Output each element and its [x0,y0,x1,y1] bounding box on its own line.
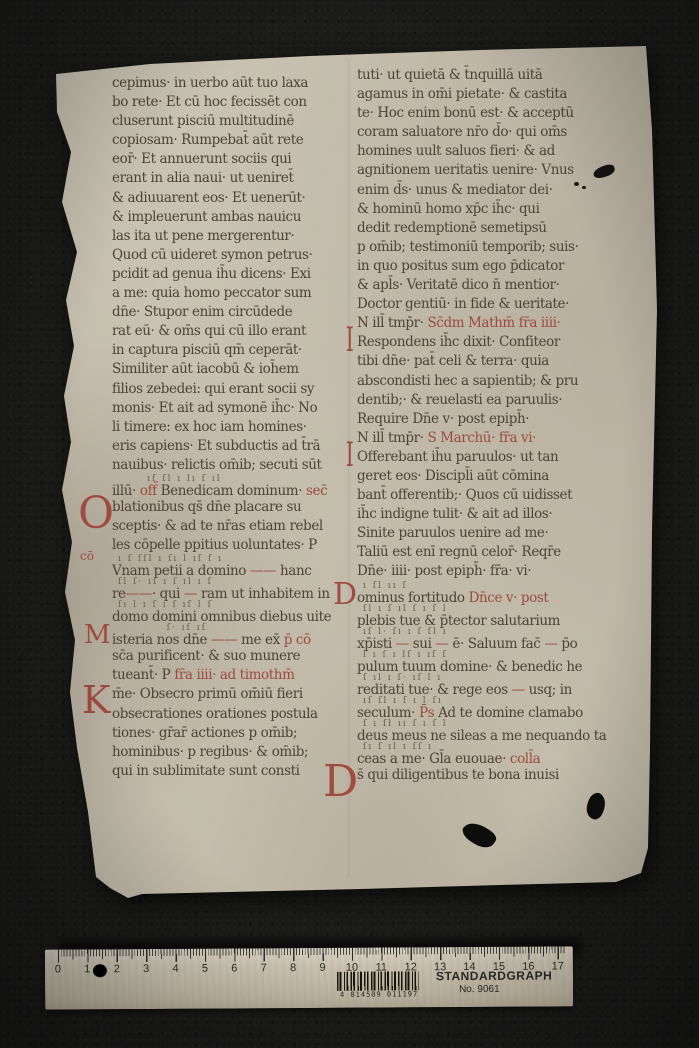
line-text: Require Dn̄e v· post epiph̄· [357,410,597,427]
text-segment: geret eos· Discipl̄i aūt cōmina [357,468,549,484]
manuscript-line: N ill̄ tmp̄r· S Marchū· fr̄a vi· [357,429,597,448]
text-segment: blationibus qs̄ dn̄e placare su [112,499,301,515]
manuscript-line: monis· Et ait ad symonē ih̄c· No [112,399,352,418]
manuscript-line: l ı ſ ı lſ ı ıſ ſpulum tuum domine· & be… [357,651,597,674]
line-text: cepimus· in uerbo aūt tuo laxa [112,74,352,91]
line-text: Quod cū uideret symon petrus· [112,246,352,263]
line-text: bant̄ offerentib;· Quos cū uidisset [357,486,597,503]
manuscript-line: ſ ıl ı ſ· ıſ l ıreditati tue· & rege eos… [357,674,597,697]
text-segment: dentib;· & reuelasti ea paruulis· [357,392,562,408]
neume-row: ſı ſ ıl ı ſſ ı [363,743,433,751]
text-segment: copiosam· Rumpebat̄ aūt rete [112,132,303,148]
text-segment: dn̄e· Stupor enim circūdede [112,304,292,320]
ruler-number: 2 [114,963,120,975]
manuscript-line: Sinite paruulos uenire ad me· [357,524,597,543]
line-text: tiones· gr̄ar̄ actiones p om̄ib; [112,724,352,741]
text-segment: les cōpelle ppitius uoluntates· P [112,537,317,553]
text-segment: coll̄a [510,751,540,767]
manuscript-line: ſı ſ ıl ı ſſ ıceas a me· Gl̄a euouae· co… [357,743,597,766]
line-text: eris capiens· Et subductis ad t̄rā [112,437,352,454]
line-text: homines uult saluos fieri· & ad [357,142,597,159]
text-segment: Ad te domine clamabo [438,705,583,721]
line-text: N ill̄ tmp̄r· S Marchū· fr̄a vi· [357,429,597,446]
line-text: s̄ qui diligentibus te bona inuisi [357,766,597,783]
text-segment: filios zebedei: qui erant socii sy [112,381,314,397]
line-text: les cōpelle ppitius uoluntates· P [112,536,352,553]
manuscript-line: les cōpelle ppitius uoluntates· P [112,536,352,555]
manuscript-line: ſl ſ· ıſ ı ſ ıl ı ſre——· qui — ram ut in… [112,578,352,601]
manuscript-line: eor̄· Et annuerunt sociis qui [112,150,352,169]
text-segment: Offerebant ih̄u paruulos· ut tan [357,449,558,465]
ruler-number: 9 [319,962,325,974]
manuscript-line: ı ſ ſſl ı ſı l ıſ ſ ıVnam petii a domino… [112,555,352,578]
manuscript-line: filios zebedei: qui erant socii sy [112,380,352,399]
text-segment: agamus in om̄i pietate· & castita [357,86,567,102]
ruler-number: 7 [261,962,267,974]
manuscript-line: cepimus· in uerbo aūt tuo laxa [112,74,352,93]
line-text: ih̄c indigne tulit· & ait ad illos· [357,505,597,522]
line-text: li timere: ex hoc iam homines· [112,418,352,435]
manuscript-line: ih̄c indigne tulit· & ait ad illos· [357,505,597,524]
manuscript-line: rat eū· & om̄s qui cū illo erant [112,322,352,341]
ink-dot [582,186,586,189]
illuminated-initial: K [82,681,110,719]
illuminated-initial: I [346,323,354,357]
line-text: dedit redemptionē semetipsū [357,219,597,236]
text-segment: dedit redemptionē semetipsū [357,220,547,236]
manuscript-line: N ill̄ tmp̄r· Sc̄dm Mathm̄ fr̄a iiii· [357,314,597,333]
line-text: & impleuerunt ambas nauicu [112,208,352,225]
marginal-rubric: cō [80,549,94,563]
text-segment: pcidit ad genua ih̄u dicens· Exi [112,266,311,282]
manuscript-line: Oblationibus qs̄ dn̄e placare su [112,498,352,517]
manuscript-line: sceptis· & ad te nr̄as etiam rebel [112,517,352,536]
line-text: eor̄· Et annuerunt sociis qui [112,150,352,167]
line-text: tibi dn̄e· pat̄ celi & terra· quia [357,352,597,369]
text-segment: p om̄ib; testimoniū temporib; suis· [357,239,578,255]
manuscript-line: abscondisti hec a sapientib; & pru [357,372,597,391]
illuminated-initial: I [346,438,354,472]
ruler-number: 4 [172,963,178,975]
text-segment: hanc [276,563,311,579]
text-segment: te· Hoc enim bonū est· & acceptū [357,105,574,121]
text-segment: in captura pisciū qm̄ ceperāt· [112,342,302,358]
right-column: tuti· ut quietā & t̄nquillā uitāagamus i… [357,66,597,785]
ruler: 01234567891011121314151617 4 014509 0111… [45,946,573,1009]
line-text: geret eos· Discipl̄i aūt cōmina [357,467,597,484]
manuscript-line: ſ· ıſ ıſMisteria nos dn̄e —— me ex̄ p̄ c… [112,624,352,647]
text-segment: Benedicam dominum· [161,483,306,499]
line-text: in captura pisciū qm̄ ceperāt· [112,341,352,358]
text-segment: Sc̄dm Mathm̄ fr̄a iiii· [427,315,560,331]
manuscript-line: li timere: ex hoc iam homines· [112,418,352,437]
line-text: hominibus· p regibus· & om̄ib; [112,743,352,760]
text-segment: illū· [112,483,140,499]
text-segment: —— [250,563,276,579]
manuscript-line: ıſ ſl ı ſ ı l ſıseculum· P̄s Ad te domin… [357,697,597,720]
manuscript-line: Doctor gentiū· in fide & ueritate· [357,295,597,314]
manuscript-line: bant̄ offerentib;· Quos cū uidisset [357,486,597,505]
line-text: Respondens ih̄c dixit· Confiteor [357,333,597,350]
line-text: abscondisti hec a sapientib; & pru [357,372,597,389]
text-segment: — [544,636,557,652]
manuscript-line: ı ſl ıı ſDominus fortitudo Dn̄ce v· post [357,582,597,605]
text-segment: p̄o [557,636,577,652]
text-segment: off̄ [140,483,161,499]
manuscript-line: eris capiens· Et subductis ad t̄rā [112,437,352,456]
manuscript-line: sc̄a purificent· & suo munere [112,647,352,666]
manuscript-line: Dn̄e· iiii· post epiph̄· fr̄a· vi· [357,562,597,581]
manuscript-line: obsecrationes orationes postula [112,705,352,724]
text-segment: — [512,682,525,698]
text-segment: abscondisti hec a sapientib; & pru [357,373,578,389]
neume-row: ſl ſ· ıſ ı ſ ıl ı ſ [118,578,213,586]
text-segment: li timere: ex hoc iam homines· [112,419,307,435]
neume-row: ſı l ı ſ ı ſ ıſ l ſ [118,601,213,609]
line-text: & hominū homo xp̄c ih̄c· qui [357,200,597,217]
text-segment: p̄ cō [284,632,311,648]
neume-row: ſl ı ſ ıl ſ ı ſ l [363,605,448,613]
text-segment: & apl̄s· Veritatē dico n̄ mentior· [357,277,560,293]
line-text: dn̄e· Stupor enim circūdede [112,303,352,320]
manuscript-line: nauibus· relictis om̄ib; secuti sūt [112,456,352,475]
line-text: m̄e· Obsecro primū om̄iū fieri [112,685,352,702]
text-segment: in quo positus sum ego p̄dicator [357,258,564,274]
manuscript-line: ſl ı ſ ıl ſ ı ſ lplebis tue & p̄tector s… [357,605,597,628]
manuscript-line: & impleuerunt ambas nauicu [112,208,352,227]
text-segment: tiones· gr̄ar̄ actiones p om̄ib; [112,725,297,741]
text-segment: —— [211,632,237,648]
marginal-note: mor [48,666,64,675]
neume-row: ı ſ ſſl ı ſı l ıſ ſ ı [118,555,223,563]
line-text: tueant̄· P fr̄a iiii· ad timothm̄ [112,666,352,683]
text-segment: monis· Et ait ad symonē ih̄c· No [112,400,317,416]
text-segment: & impleuerunt ambas nauicu [112,209,301,225]
text-segment: S Marchū· fr̄a vi· [427,430,536,446]
line-text: pcidit ad genua ih̄u dicens· Exi [112,265,352,282]
line-text: las ita ut pene mergerentur· [112,227,352,244]
manuscript-line: ſ ı ſl ıı ſ ı ſ ldeus meus ne sileas a m… [357,720,597,743]
photo-canvas: cepimus· in uerbo aūt tuo laxabo rete· E… [0,0,699,1048]
manuscript-line: dn̄e· Stupor enim circūdede [112,303,352,322]
text-segment: qui in sublimitate sunt consti [112,763,300,779]
text-segment: bant̄ offerentib;· Quos cū uidisset [357,487,572,503]
barcode-icon [337,971,419,991]
line-text: filios zebedei: qui erant socii sy [112,380,352,397]
manuscript-line: in captura pisciū qm̄ ceperāt· [112,341,352,360]
ruler-number: 8 [290,962,296,974]
line-text: Sinite paruulos uenire ad me· [357,524,597,541]
text-segment: Doctor gentiū· in fide & ueritate· [357,296,569,312]
ruler-brand: STANDARDGRAPH [436,969,552,984]
manuscript-line: in quo positus sum ego p̄dicator [357,257,597,276]
manuscript-line: tueant̄· P fr̄a iiii· ad timothm̄ [112,666,352,685]
text-segment: Respondens ih̄c dixit· Confiteor [357,334,560,350]
line-text: agnitionem ueritatis uenire· Vnus [357,161,597,178]
line-text: erant in alia naui· ut ueniret̄ [112,169,352,186]
text-segment: me ex̄ [237,632,283,648]
text-segment: eris capiens· Et subductis ad t̄rā [112,438,320,454]
manuscript-line: ſı l ı ſ ı ſ ıſ l ſdomo domini omnibus d… [112,601,352,624]
ruler-number: 3 [143,963,149,975]
manuscript-line: copiosam· Rumpebat̄ aūt rete [112,131,352,150]
text-segment: Sinite paruulos uenire ad me· [357,525,548,541]
line-text: sceptis· & ad te nr̄as etiam rebel [112,517,352,534]
manuscript-line: ıſ l· ſı ı ſ ſl ıxp̄isti — sui — ē· Salu… [357,628,597,651]
text-segment: las ita ut pene mergerentur· [112,228,294,244]
ruler-number: 6 [231,962,237,974]
text-segment: ē· Saluum fac̄ [449,636,545,652]
line-text: Doctor gentiū· in fide & ueritate· [357,295,597,312]
ruler-hole [93,964,107,977]
text-segment: nauibus· relictis om̄ib; secuti sūt [112,457,322,473]
manuscript-line: Similiter aūt iacobū & ioh̄em [112,360,352,379]
parchment-leaf: cepimus· in uerbo aūt tuo laxabo rete· E… [0,0,699,1048]
line-text: obsecrationes orationes postula [112,705,352,722]
ruler-cm-ticks [58,946,566,962]
text-segment: rat eū· & om̄s qui cū illo erant [112,323,306,339]
line-text: Offerebant ih̄u paruulos· ut tan [357,448,597,465]
line-text: enim d̄s· unus & mediator dei· [357,181,597,198]
line-text: & adiuuarent eos· Et uenerūt· [112,189,352,206]
line-text: bo rete· Et cū hoc fecissēt con [112,93,352,110]
text-segment: & adiuuarent eos· Et uenerūt· [112,190,305,206]
manuscript-line: cluserunt pisciū multitudinē [112,112,352,131]
manuscript-line: las ita ut pene mergerentur· [112,227,352,246]
line-text: Dn̄e· iiii· post epiph̄· fr̄a· vi· [357,562,597,579]
ruler-number: 5 [202,963,208,975]
line-text: & apl̄s· Veritatē dico n̄ mentior· [357,276,597,293]
line-text: N ill̄ tmp̄r· Sc̄dm Mathm̄ fr̄a iiii· [357,314,597,331]
neume-row: ıſ ſl ı lı ſ ıl [118,475,222,483]
text-segment: Dn̄ce v· post [469,590,549,606]
manuscript-line: homines uult saluos fieri· & ad [357,142,597,161]
text-segment: tuti· ut quietā & t̄nquillā uitā [357,67,542,83]
text-segment: a me: quia homo peccator sum [112,285,311,301]
text-segment: obsecrationes orationes postula [112,706,318,722]
text-segment: tibi dn̄e· pat̄ celi & terra· quia [357,353,549,369]
manuscript-line: tiones· gr̄ar̄ actiones p om̄ib; [112,724,352,743]
manuscript-line: Km̄e· Obsecro primū om̄iū fieri [112,685,352,704]
manuscript-line: Ds̄ qui diligentibus te bona inuisi [357,766,597,785]
line-text: blationibus qs̄ dn̄e placare su [112,498,352,515]
line-text: tuti· ut quietā & t̄nquillā uitā [357,66,597,83]
manuscript-line: bo rete· Et cū hoc fecissēt con [112,93,352,112]
illuminated-initial: D [323,760,358,804]
ruler-number: 0 [55,964,61,976]
line-text: p om̄ib; testimoniū temporib; suis· [357,238,597,255]
text-segment: coram saluatore nr̄o d̄o· qui om̄s [357,124,567,140]
text-segment: Require Dn̄e v· post epiph̄· [357,411,529,427]
line-text: monis· Et ait ad symonē ih̄c· No [112,399,352,416]
text-segment: m̄e· Obsecro primū om̄iū fieri [112,686,303,702]
text-segment: enim d̄s· unus & mediator dei· [357,182,553,198]
neume-row: ſ ıl ı ſ· ıſ l ı [363,674,442,682]
manuscript-line: qui in sublimitate sunt consti [112,762,352,781]
line-text: te· Hoc enim bonū est· & acceptū [357,104,597,121]
manuscript-line: a me: quia homo peccator sum [112,284,352,303]
manuscript-line: Require Dn̄e v· post epiph̄· [357,410,597,429]
manuscript-line: enim d̄s· unus & mediator dei· [357,181,597,200]
manuscript-line: & hominū homo xp̄c ih̄c· qui [357,200,597,219]
text-segment: sc̄a purificent· & suo munere [112,648,300,664]
manuscript-line: Taliū est enī regnū celor̄· Reqr̄e [357,543,597,562]
text-segment: erant in alia naui· ut ueniret̄ [112,170,294,186]
line-text: Similiter aūt iacobū & ioh̄em [112,360,352,377]
line-text: a me: quia homo peccator sum [112,284,352,301]
line-text: dentib;· & reuelasti ea paruulis· [357,391,597,408]
text-segment: N ill̄ tmp̄r· [357,315,427,331]
left-column: cepimus· in uerbo aūt tuo laxabo rete· E… [112,74,352,781]
text-segment: cepimus· in uerbo aūt tuo laxa [112,75,308,91]
manuscript-line: tuti· ut quietā & t̄nquillā uitā [357,66,597,85]
manuscript-line: dedit redemptionē semetipsū [357,219,597,238]
manuscript-line: & adiuuarent eos· Et uenerūt· [112,189,352,208]
manuscript-line: tibi dn̄e· pat̄ celi & terra· quia [357,352,597,371]
ink-dot [574,182,579,186]
manuscript-line: erant in alia naui· ut ueniret̄ [112,169,352,188]
manuscript-line: te· Hoc enim bonū est· & acceptū [357,104,597,123]
line-text: Taliū est enī regnū celor̄· Reqr̄e [357,543,597,560]
text-segment: homines uult saluos fieri· & ad [357,143,555,159]
manuscript-line: dentib;· & reuelasti ea paruulis· [357,391,597,410]
text-segment: sec̄ [306,483,327,499]
parchment-hole [582,790,609,821]
text-segment: agnitionem ueritatis uenire· Vnus [357,162,574,178]
line-text: sc̄a purificent· & suo munere [112,647,352,664]
line-text: copiosam· Rumpebat̄ aūt rete [112,131,352,148]
text-segment: Taliū est enī regnū celor̄· Reqr̄e [357,544,561,560]
manuscript-line: & apl̄s· Veritatē dico n̄ mentior· [357,276,597,295]
line-text: nauibus· relictis om̄ib; secuti sūt [112,456,352,473]
manuscript-line: IRespondens ih̄c dixit· Confiteor [357,333,597,352]
neume-row: l ı ſ ı lſ ı ıſ ſ [363,651,448,659]
line-text: agamus in om̄i pietate· & castita [357,85,597,102]
line-text: rat eū· & om̄s qui cū illo erant [112,322,352,339]
neume-row: ı ſl ıı ſ [363,582,408,590]
ruler-model: No. 9061 [459,984,500,995]
illuminated-initial: M [84,622,111,648]
manuscript-line: ıſ ſl ı lı ſ ılillū· off̄ Benedicam domi… [112,475,352,498]
line-text: qui in sublimitate sunt consti [112,762,352,779]
line-text: coram saluatore nr̄o d̄o· qui om̄s [357,123,597,140]
manuscript-line: agnitionem ueritatis uenire· Vnus [357,161,597,180]
text-segment: ceas a me· Gl̄a euouae· [357,751,510,767]
text-segment: cluserunt pisciū multitudinē [112,113,294,129]
barcode-digits: 4 014509 011197 [333,990,425,999]
manuscript-line: pcidit ad genua ih̄u dicens· Exi [112,265,352,284]
text-segment: hominibus· p regibus· & om̄ib; [112,744,308,760]
text-segment: usq; in [525,682,572,698]
manuscript-line: IOfferebant ih̄u paruulos· ut tan [357,448,597,467]
neume-row: ſ· ıſ ıſ [118,624,207,632]
illuminated-initial: D [333,580,357,610]
text-segment: ih̄c indigne tulit· & ait ad illos· [357,506,552,522]
line-text: cluserunt pisciū multitudinē [112,112,352,129]
manuscript-line: p om̄ib; testimoniū temporib; suis· [357,238,597,257]
manuscript-line: agamus in om̄i pietate· & castita [357,85,597,104]
text-segment: Quod cū uideret symon petrus· [112,247,312,263]
text-segment: N ill̄ tmp̄r· [357,430,427,446]
text-segment: isteria nos dn̄e [112,632,211,648]
manuscript-line: coram saluatore nr̄o d̄o· qui om̄s [357,123,597,142]
manuscript-line: geret eos· Discipl̄i aūt cōmina [357,467,597,486]
manuscript-line: hominibus· p regibus· & om̄ib; [112,743,352,762]
manuscript-line: Quod cū uideret symon petrus· [112,246,352,265]
text-segment: Dn̄e· iiii· post epiph̄· fr̄a· vi· [357,563,531,579]
text-segment: eor̄· Et annuerunt sociis qui [112,151,291,167]
neume-row: ıſ ſl ı ſ ı l ſı [363,697,443,705]
text-segment: s̄ qui diligentibus te bona inuisi [357,767,559,783]
illuminated-initial: O [78,492,114,536]
text-segment: tueant̄· P [112,667,174,683]
neume-row: ıſ l· ſı ı ſ ſl ı [363,628,448,636]
text-segment: fr̄a iiii· ad timothm̄ [174,667,294,683]
manuscript-leaf-wrapper: cepimus· in uerbo aūt tuo laxabo rete· E… [0,0,699,1048]
neume-row: ſ ı ſl ıı ſ ı ſ l [363,720,448,728]
text-segment: bo rete· Et cū hoc fecissēt con [112,94,307,110]
parchment-hole [459,817,498,853]
ruler-number: 1 [84,963,90,975]
text-segment: sceptis· & ad te nr̄as etiam rebel [112,518,323,534]
text-segment: Similiter aūt iacobū & ioh̄em [112,361,299,377]
text-segment: ram ut inhabitem in [197,586,330,602]
ruler-number: 17 [552,960,564,972]
text-segment: & hominū homo xp̄c ih̄c· qui [357,201,540,217]
line-text: in quo positus sum ego p̄dicator [357,257,597,274]
